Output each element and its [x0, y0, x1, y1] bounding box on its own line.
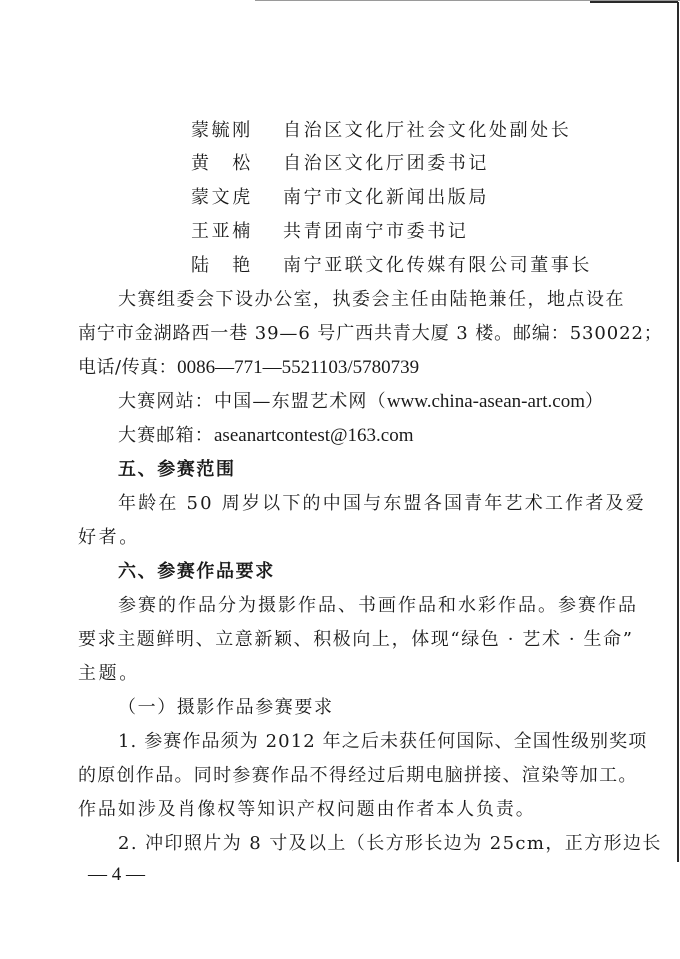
committee-member-name: 陆 艳 [191, 254, 253, 278]
website-url[interactable]: www.china-asean-art.com [387, 391, 585, 412]
photography-item-2-line: 2. 冲印照片为 8 寸及以上（长方形长边为 25cm，正方形边长 [118, 832, 662, 856]
website-close-paren: ） [585, 391, 604, 412]
section-heading-requirements: 六、参赛作品要求 [118, 560, 275, 584]
committee-member-name: 蒙文虎 [191, 186, 253, 210]
subsection-heading-photography: （一）摄影作品参赛要求 [118, 696, 334, 720]
photography-item-1-line: 作品如涉及肖像权等知识产权问题由作者本人负责。 [78, 798, 536, 822]
section-heading-scope: 五、参赛范围 [118, 458, 236, 482]
requirements-paragraph-line: 要求主题鲜明、立意新颖、积极向上，体现“绿色 · 艺术 · 生命” [78, 628, 634, 652]
scope-paragraph-line: 好者。 [78, 526, 140, 550]
committee-member-name: 黄 松 [191, 152, 253, 176]
photography-item-1-line: 的原创作品。同时参赛作品不得经过后期电脑拼接、渲染等加工。 [78, 764, 638, 788]
committee-member-role: 共青团南宁市委书记 [283, 220, 468, 244]
phone-fax-value: 0086—771—5521103/5780739 [177, 357, 419, 378]
office-contact-line: 电话/传真：0086—771—5521103/5780739 [78, 356, 419, 380]
email-address[interactable]: aseanartcontest@163.com [214, 425, 414, 446]
committee-member-role: 南宁亚联文化传媒有限公司董事长 [283, 254, 592, 278]
committee-row: 陆 艳 南宁亚联文化传媒有限公司董事长 [0, 254, 680, 278]
committee-row: 王亚楠 共青团南宁市委书记 [0, 220, 680, 244]
email-label: 大赛邮箱： [118, 425, 214, 446]
website-label: 大赛网站：中国—东盟艺术网（ [118, 391, 387, 412]
requirements-paragraph-line: 参赛的作品分为摄影作品、书画作品和水彩作品。参赛作品 [118, 594, 638, 618]
committee-member-role: 自治区文化厅社会文化处副处长 [283, 119, 571, 143]
committee-member-name: 蒙毓刚 [191, 119, 253, 143]
committee-row: 黄 松 自治区文化厅团委书记 [0, 152, 680, 176]
website-line: 大赛网站：中国—东盟艺术网（www.china-asean-art.com） [118, 390, 604, 414]
committee-row: 蒙文虎 南宁市文化新闻出版局 [0, 186, 680, 210]
requirements-paragraph-line: 主题。 [78, 662, 140, 686]
photography-item-1-line: 1. 参赛作品须为 2012 年之后未获任何国际、全国性级别奖项 [118, 730, 647, 754]
office-paragraph-line: 大赛组委会下设办公室，执委会主任由陆艳兼任，地点设在 [118, 288, 625, 312]
committee-member-role: 南宁市文化新闻出版局 [283, 186, 489, 210]
document-page: 蒙毓刚 自治区文化厅社会文化处副处长 黄 松 自治区文化厅团委书记 蒙文虎 南宁… [0, 0, 680, 959]
committee-member-name: 王亚楠 [191, 220, 253, 244]
email-line: 大赛邮箱：aseanartcontest@163.com [118, 424, 414, 448]
scope-paragraph-line: 年龄在 50 周岁以下的中国与东盟各国青年艺术工作者及爱 [118, 492, 646, 516]
phone-fax-label: 电话/传真： [78, 357, 177, 378]
committee-member-role: 自治区文化厅团委书记 [283, 152, 489, 176]
office-paragraph-line: 南宁市金湖路西一巷 39—6 号广西共青大厦 3 楼。邮编：530022； [78, 322, 663, 346]
page-corner-edge [590, 1, 678, 3]
page-number: — 4 — [88, 863, 145, 887]
committee-row: 蒙毓刚 自治区文化厅社会文化处副处长 [0, 119, 680, 143]
